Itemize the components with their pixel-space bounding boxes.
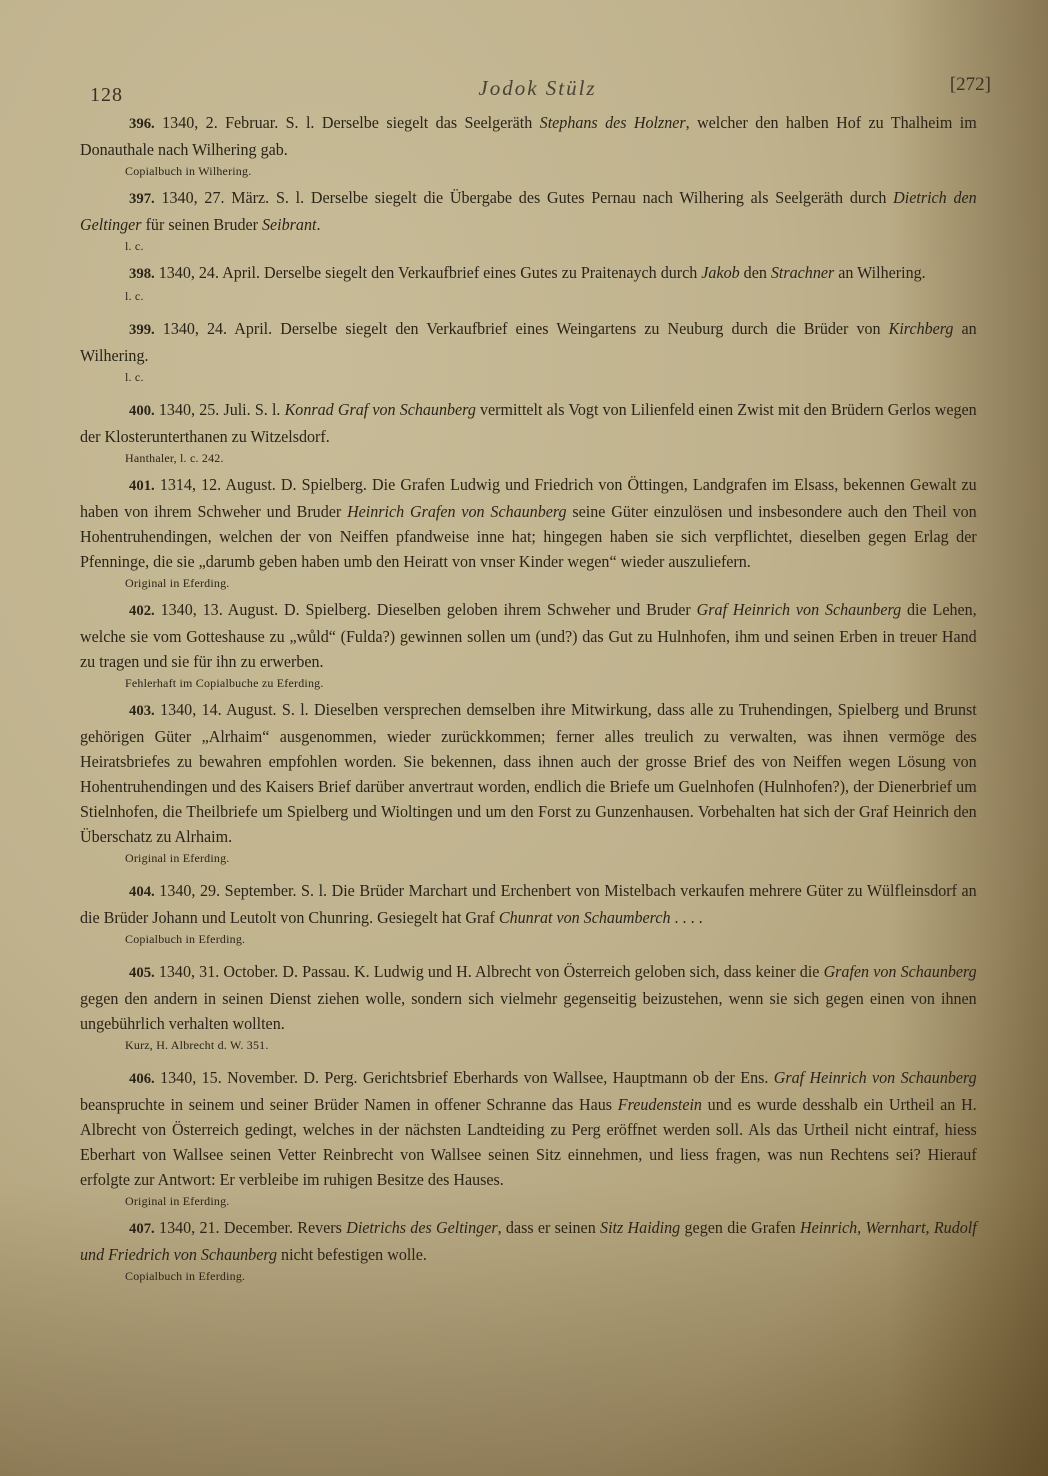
entry-number: 400. xyxy=(129,403,155,419)
entry-source: Copialbuch in Eferding. xyxy=(125,931,995,947)
entry-source: l. c. xyxy=(125,288,995,304)
entry-number: 407. xyxy=(129,1221,155,1237)
running-head: 128 Jodok Stülz [272] xyxy=(80,70,995,110)
regest-entry: 406. 1340, 15. November. D. Perg. Gerich… xyxy=(80,1065,995,1209)
entry-text: 407. 1340, 21. December. Revers Dietrich… xyxy=(80,1215,977,1267)
entry-text-segment: den xyxy=(740,263,771,282)
entry-text-segment: für seinen Bruder xyxy=(142,215,262,234)
entry-text-segment: 1340, 2. Februar. S. l. Derselbe siegelt… xyxy=(155,113,540,132)
entry-text-segment: 1340, 13. August. D. Spielberg. Dieselbe… xyxy=(155,600,697,619)
entry-number: 406. xyxy=(129,1071,155,1087)
entry-text-segment: . . . . xyxy=(671,908,703,927)
entry-text-segment: , dass er seinen xyxy=(498,1218,600,1237)
regest-entry: 407. 1340, 21. December. Revers Dietrich… xyxy=(80,1215,995,1284)
entry-text: 401. 1314, 12. August. D. Spielberg. Die… xyxy=(80,472,977,574)
entry-text-segment: 1340, 14. August. S. l. Dieselben verspr… xyxy=(80,700,977,846)
entry-text-segment: nicht befestigen wolle. xyxy=(277,1245,427,1264)
entry-source: Kurz, H. Albrecht d. W. 351. xyxy=(125,1037,995,1053)
entry-text: 400. 1340, 25. Juli. S. l. Konrad Graf v… xyxy=(80,397,977,449)
italic-name: Heinrich Grafen von Schaunberg xyxy=(347,502,566,521)
italic-name: Graf Heinrich von Schaunberg xyxy=(697,600,901,619)
entry-text-segment: gegen die Grafen xyxy=(680,1218,800,1237)
entry-source: Copialbuch in Wilhering. xyxy=(125,163,995,179)
entry-source: Fehlerhaft im Copialbuche zu Eferding. xyxy=(125,675,995,691)
entry-number: 399. xyxy=(129,322,155,338)
regest-entry: 397. 1340, 27. März. S. l. Derselbe sieg… xyxy=(80,185,995,254)
entry-text-segment: 1340, 25. Juli. S. l. xyxy=(155,400,285,419)
entry-text: 404. 1340, 29. September. S. l. Die Brüd… xyxy=(80,878,977,930)
entry-text: 399. 1340, 24. April. Derselbe siegelt d… xyxy=(80,316,977,368)
entry-number: 398. xyxy=(129,266,155,282)
entry-number: 401. xyxy=(129,478,155,494)
italic-name: Konrad Graf von Schaunberg xyxy=(285,400,476,419)
entry-text: 398. 1340, 24. April. Derselbe siegelt d… xyxy=(80,260,977,287)
entry-number: 405. xyxy=(129,965,155,981)
entry-number: 396. xyxy=(129,116,155,132)
entry-text-segment: 1340, 21. December. Revers xyxy=(155,1218,346,1237)
italic-name: Seibrant xyxy=(262,215,316,234)
regest-entry: 403. 1340, 14. August. S. l. Dieselben v… xyxy=(80,697,995,866)
original-page-number: [272] xyxy=(950,74,991,96)
italic-name: Chunrat von Schaumberch xyxy=(499,908,671,927)
italic-name: Strachner xyxy=(771,263,834,282)
italic-name: Graf Heinrich von Schaunberg xyxy=(774,1068,977,1087)
entry-text: 397. 1340, 27. März. S. l. Derselbe sieg… xyxy=(80,185,977,237)
entry-text-segment: 1340, 24. April. Derselbe siegelt den Ve… xyxy=(155,319,889,338)
entry-text: 406. 1340, 15. November. D. Perg. Gerich… xyxy=(80,1065,977,1192)
entry-number: 404. xyxy=(129,884,155,900)
entry-text-segment: . xyxy=(316,215,320,234)
regesta-list: 396. 1340, 2. Februar. S. l. Derselbe si… xyxy=(80,110,995,1284)
entry-source: Copialbuch in Eferding. xyxy=(125,1268,995,1284)
entry-text: 396. 1340, 2. Februar. S. l. Derselbe si… xyxy=(80,110,977,162)
entry-text-segment: 1340, 27. März. S. l. Derselbe siegelt d… xyxy=(155,188,893,207)
italic-name: Kirchberg xyxy=(889,319,954,338)
entry-number: 402. xyxy=(129,603,155,619)
entry-source: l. c. xyxy=(125,238,995,254)
entry-source: Original in Eferding. xyxy=(125,1193,995,1209)
entry-text: 405. 1340, 31. October. D. Passau. K. Lu… xyxy=(80,959,977,1036)
running-head-author: Jodok Stülz xyxy=(80,76,995,101)
regest-entry: 398. 1340, 24. April. Derselbe siegelt d… xyxy=(80,260,995,304)
entry-text: 403. 1340, 14. August. S. l. Dieselben v… xyxy=(80,697,977,849)
entry-source: Original in Eferding. xyxy=(125,575,995,591)
entry-source: Hanthaler, l. c. 242. xyxy=(125,450,995,466)
regest-entry: 396. 1340, 2. Februar. S. l. Derselbe si… xyxy=(80,110,995,179)
regest-entry: 399. 1340, 24. April. Derselbe siegelt d… xyxy=(80,316,995,385)
entry-text-segment: 1340, 15. November. D. Perg. Gerichtsbri… xyxy=(155,1068,774,1087)
entry-text: 402. 1340, 13. August. D. Spielberg. Die… xyxy=(80,597,977,674)
regest-entry: 405. 1340, 31. October. D. Passau. K. Lu… xyxy=(80,959,995,1053)
entry-text-segment: an Wilhering. xyxy=(834,263,925,282)
entry-number: 403. xyxy=(129,703,155,719)
regest-entry: 401. 1314, 12. August. D. Spielberg. Die… xyxy=(80,472,995,591)
italic-name: Dietrichs des Geltinger xyxy=(346,1218,497,1237)
regest-entry: 404. 1340, 29. September. S. l. Die Brüd… xyxy=(80,878,995,947)
regest-entry: 400. 1340, 25. Juli. S. l. Konrad Graf v… xyxy=(80,397,995,466)
entry-source: Original in Eferding. xyxy=(125,850,995,866)
italic-name: Stephans des Holzner xyxy=(540,113,686,132)
italic-name: Jakob xyxy=(701,263,739,282)
entry-text-segment: 1340, 24. April. Derselbe siegelt den Ve… xyxy=(155,263,702,282)
entry-text-segment: 1340, 31. October. D. Passau. K. Ludwig … xyxy=(155,962,824,981)
entry-number: 397. xyxy=(129,191,155,207)
italic-name: Sitz Haiding xyxy=(600,1218,680,1237)
entry-text-segment: gegen den andern in seinen Dienst ziehen… xyxy=(80,989,977,1033)
book-page: 128 Jodok Stülz [272] 396. 1340, 2. Febr… xyxy=(80,70,995,1290)
italic-name: Grafen von Schaunberg xyxy=(824,962,977,981)
regest-entry: 402. 1340, 13. August. D. Spielberg. Die… xyxy=(80,597,995,691)
entry-text-segment: beanspruchte in seinem und seiner Brüder… xyxy=(80,1095,618,1114)
italic-name: Freudenstein xyxy=(618,1095,702,1114)
entry-source: l. c. xyxy=(125,369,995,385)
